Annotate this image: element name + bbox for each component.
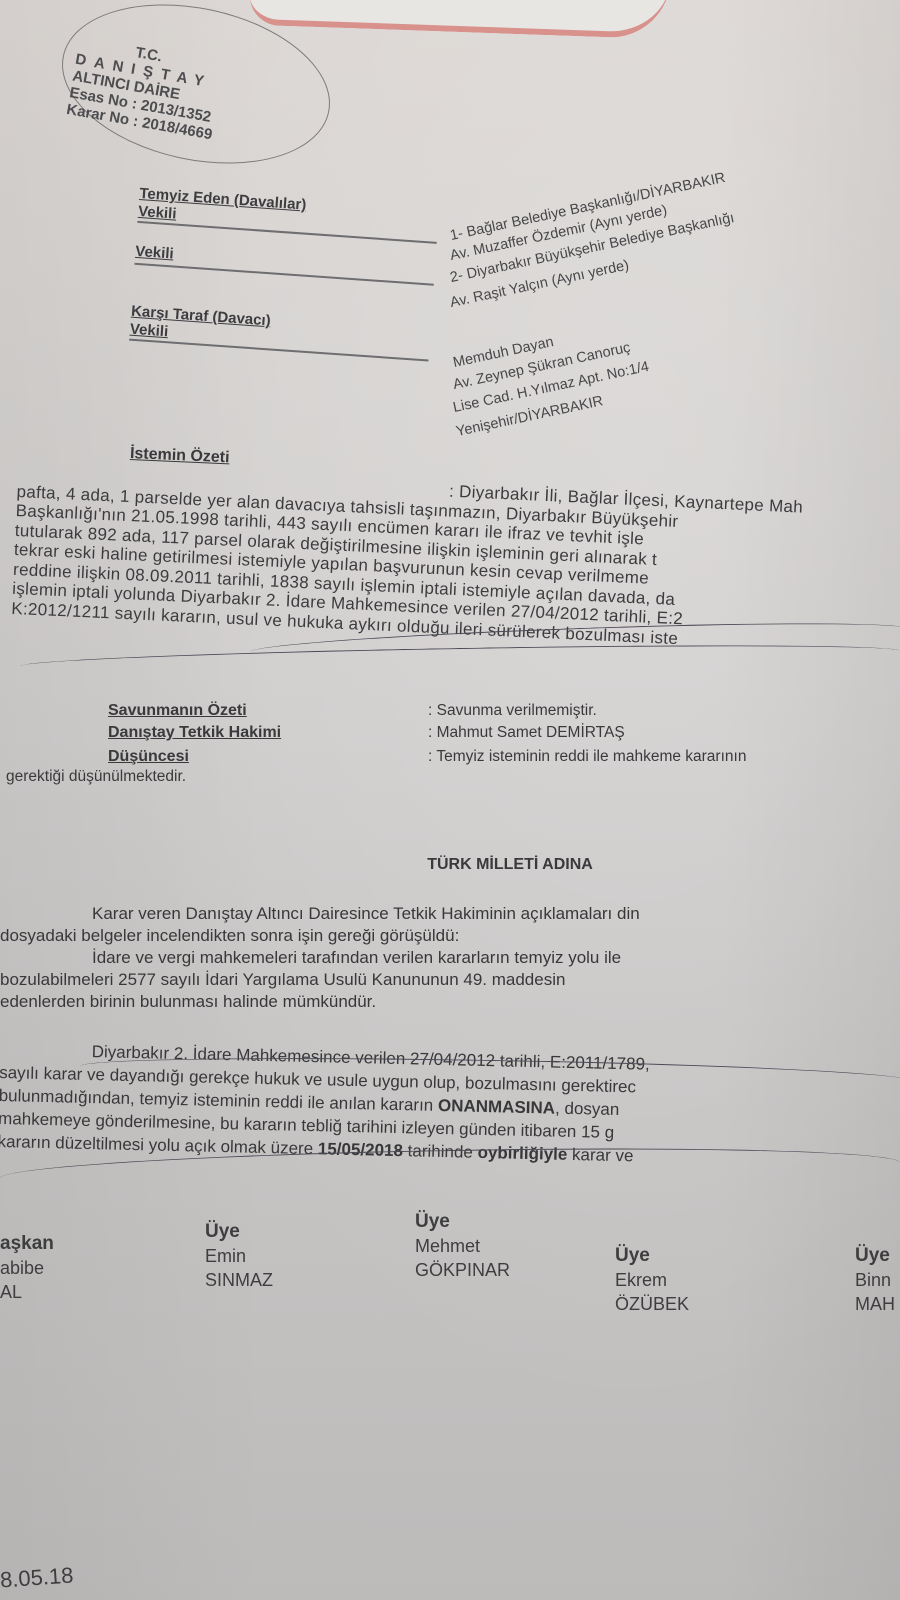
request-summary-label: İstemin Özeti [130, 445, 230, 467]
parties-block: Temyiz Eden (Davalılar) Vekili Vekili Ka… [140, 185, 898, 238]
party-label-counsel-2: Vekili [135, 243, 174, 263]
sig-role: Üye [415, 1210, 510, 1234]
sig-last-name: AL [0, 1280, 54, 1304]
body-line: edenlerden birinin bulunması halinde müm… [0, 991, 900, 1013]
sig-last-name: ÖZÜBEK [615, 1292, 689, 1316]
sig-first-name: Emin [205, 1244, 273, 1268]
sig-first-name: Mehmet [415, 1234, 510, 1258]
signature-member-2: Üye Mehmet GÖKPINAR [415, 1210, 510, 1282]
footer-date: 8.05.18 [0, 1562, 74, 1593]
defense-value: : Savunma verilmemiştir. [428, 702, 597, 720]
body-line: Karar veren Danıştay Altıncı Dairesince … [0, 903, 900, 925]
sig-role: aşkan [0, 1232, 54, 1256]
underline [129, 339, 428, 361]
body-line: İdare ve vergi mahkemeleri tarafından ve… [0, 947, 900, 969]
judge-row: Danıştay Tetkik Hakimi: Mahmut Samet DEM… [108, 724, 625, 742]
signature-member-3: Üye Ekrem ÖZÜBEK [615, 1244, 689, 1316]
sig-last-name: SINMAZ [205, 1268, 273, 1292]
body-line: bozulabilmeleri 2577 sayılı İdari Yargıl… [0, 969, 900, 991]
opinion-row: Düşüncesi: Temyiz isteminin reddi ile ma… [108, 748, 746, 766]
judge-value: : Mahmut Samet DEMİRTAŞ [428, 724, 625, 742]
underline [137, 221, 436, 243]
body-line: dosyadaki belgeler incelendikten sonra i… [0, 925, 900, 947]
signature-member-4: Üye Binn MAH [855, 1244, 895, 1316]
opinion-continuation: gerektiği düşünülmektedir. [6, 768, 186, 786]
sig-role: Üye [205, 1220, 273, 1244]
sig-last-name: GÖKPINAR [415, 1258, 510, 1282]
party-label-counsel-1: Vekili [138, 203, 177, 223]
judge-label: Danıştay Tetkik Hakimi [108, 724, 428, 742]
defense-row: Savunmanın Özeti: Savunma verilmemiştir. [108, 702, 597, 720]
signature-president: aşkan abibe AL [0, 1232, 54, 1304]
defense-label: Savunmanın Özeti [108, 702, 428, 720]
opinion-value: : Temyiz isteminin reddi ile mahkeme kar… [428, 748, 746, 766]
sig-first-name: Ekrem [615, 1268, 689, 1292]
opinion-label: Düşüncesi [108, 748, 428, 766]
sig-last-name: MAH [855, 1292, 895, 1316]
sig-first-name: abibe [0, 1256, 54, 1280]
signature-member-1: Üye Emin SINMAZ [205, 1220, 273, 1292]
underline [134, 263, 433, 285]
sig-role: Üye [855, 1244, 895, 1268]
decision-body: Karar veren Danıştay Altıncı Dairesince … [0, 903, 900, 1013]
sig-role: Üye [615, 1244, 689, 1268]
decision-heading: TÜRK MİLLETİ ADINA [0, 856, 900, 874]
party-label-counsel-3: Vekili [129, 321, 168, 341]
sig-first-name: Binn [855, 1268, 895, 1292]
paper-background [0, 0, 900, 1600]
pink-paper-edge [249, 0, 671, 39]
